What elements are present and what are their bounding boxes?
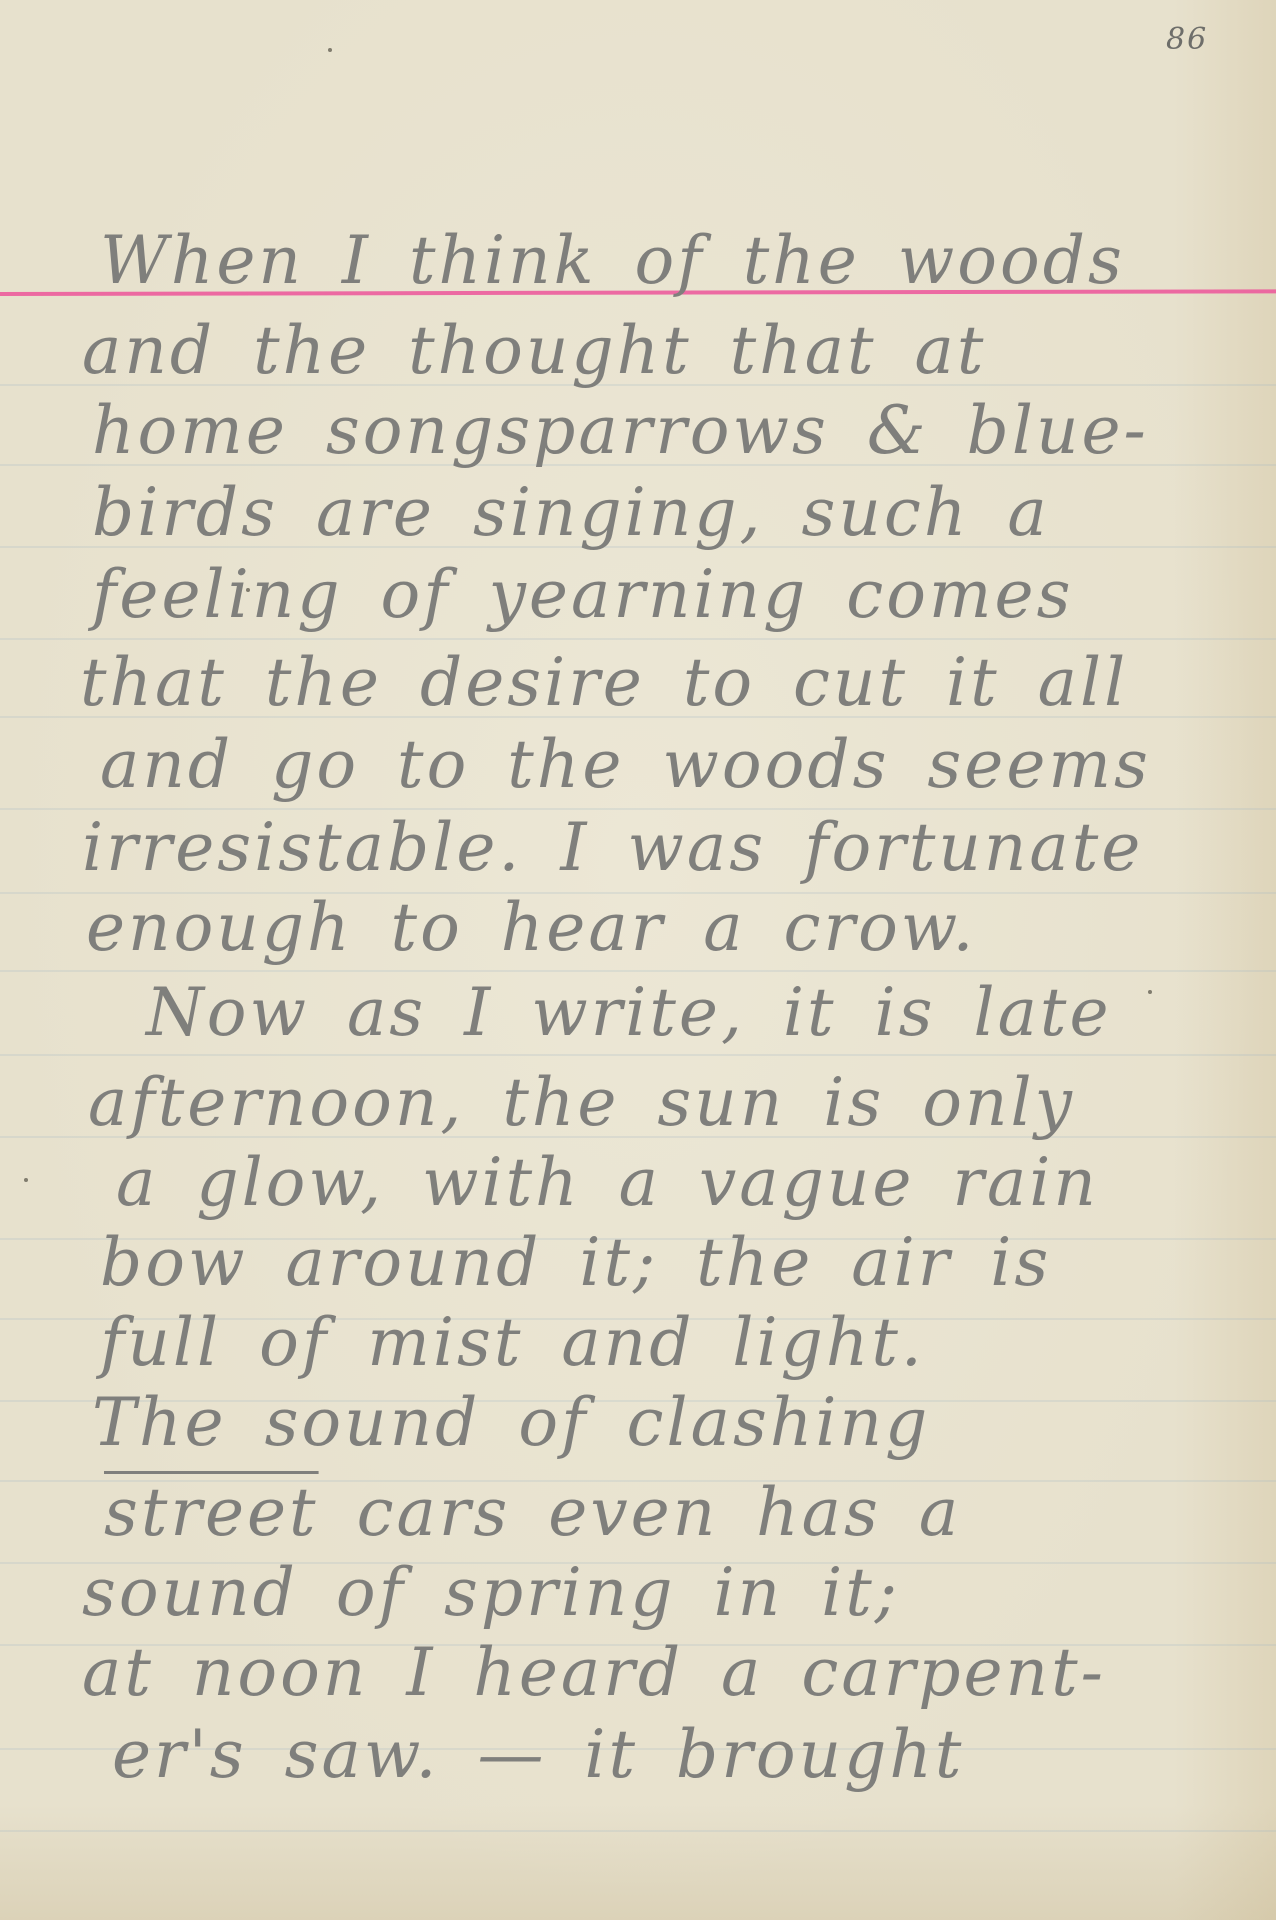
struck-word: street — [104, 1474, 319, 1551]
ruled-line — [0, 638, 1276, 640]
handwritten-line: The sound of clashing — [92, 1390, 930, 1456]
line-remainder: cars even has a — [319, 1474, 962, 1551]
paper-speck — [24, 1178, 28, 1182]
handwritten-line: home songsparrows & blue- — [92, 398, 1149, 464]
handwritten-line: Now as I write, it is late — [146, 980, 1112, 1046]
handwritten-line: and go to the woods seems — [100, 732, 1151, 798]
handwritten-line: bow around it; the air is — [100, 1230, 1051, 1296]
handwritten-line: birds are singing, such a — [92, 480, 1050, 546]
handwritten-line: irresistable. I was fortunate — [82, 815, 1143, 881]
handwritten-line: er's saw. — it brought — [112, 1722, 964, 1788]
handwritten-line: that the desire to cut it all — [80, 650, 1128, 716]
notebook-page: 86 When I think of the woods and the tho… — [0, 0, 1276, 1920]
paper-speck — [328, 48, 332, 52]
handwritten-line: sound of spring in it; — [82, 1560, 900, 1626]
ruled-line — [0, 1830, 1276, 1832]
handwritten-line: When I think of the woods — [100, 228, 1125, 294]
handwritten-line: at noon I heard a carpent- — [82, 1640, 1106, 1706]
handwritten-line: feeling of yearning comes — [92, 562, 1073, 628]
handwritten-line: enough to hear a crow. — [86, 895, 976, 961]
paper-speck — [1148, 990, 1152, 994]
paper-speck — [246, 588, 250, 592]
handwritten-line: and the thought that at — [82, 318, 986, 384]
ruled-line — [0, 1054, 1276, 1056]
handwritten-line: afternoon, the sun is only — [88, 1070, 1075, 1136]
ruled-line — [0, 970, 1276, 972]
handwritten-line: full of mist and light. — [100, 1310, 925, 1376]
handwritten-line: street cars even has a — [104, 1480, 961, 1546]
page-number: 86 — [1166, 22, 1208, 57]
handwritten-line: a glow, with a vague rain — [116, 1150, 1099, 1216]
